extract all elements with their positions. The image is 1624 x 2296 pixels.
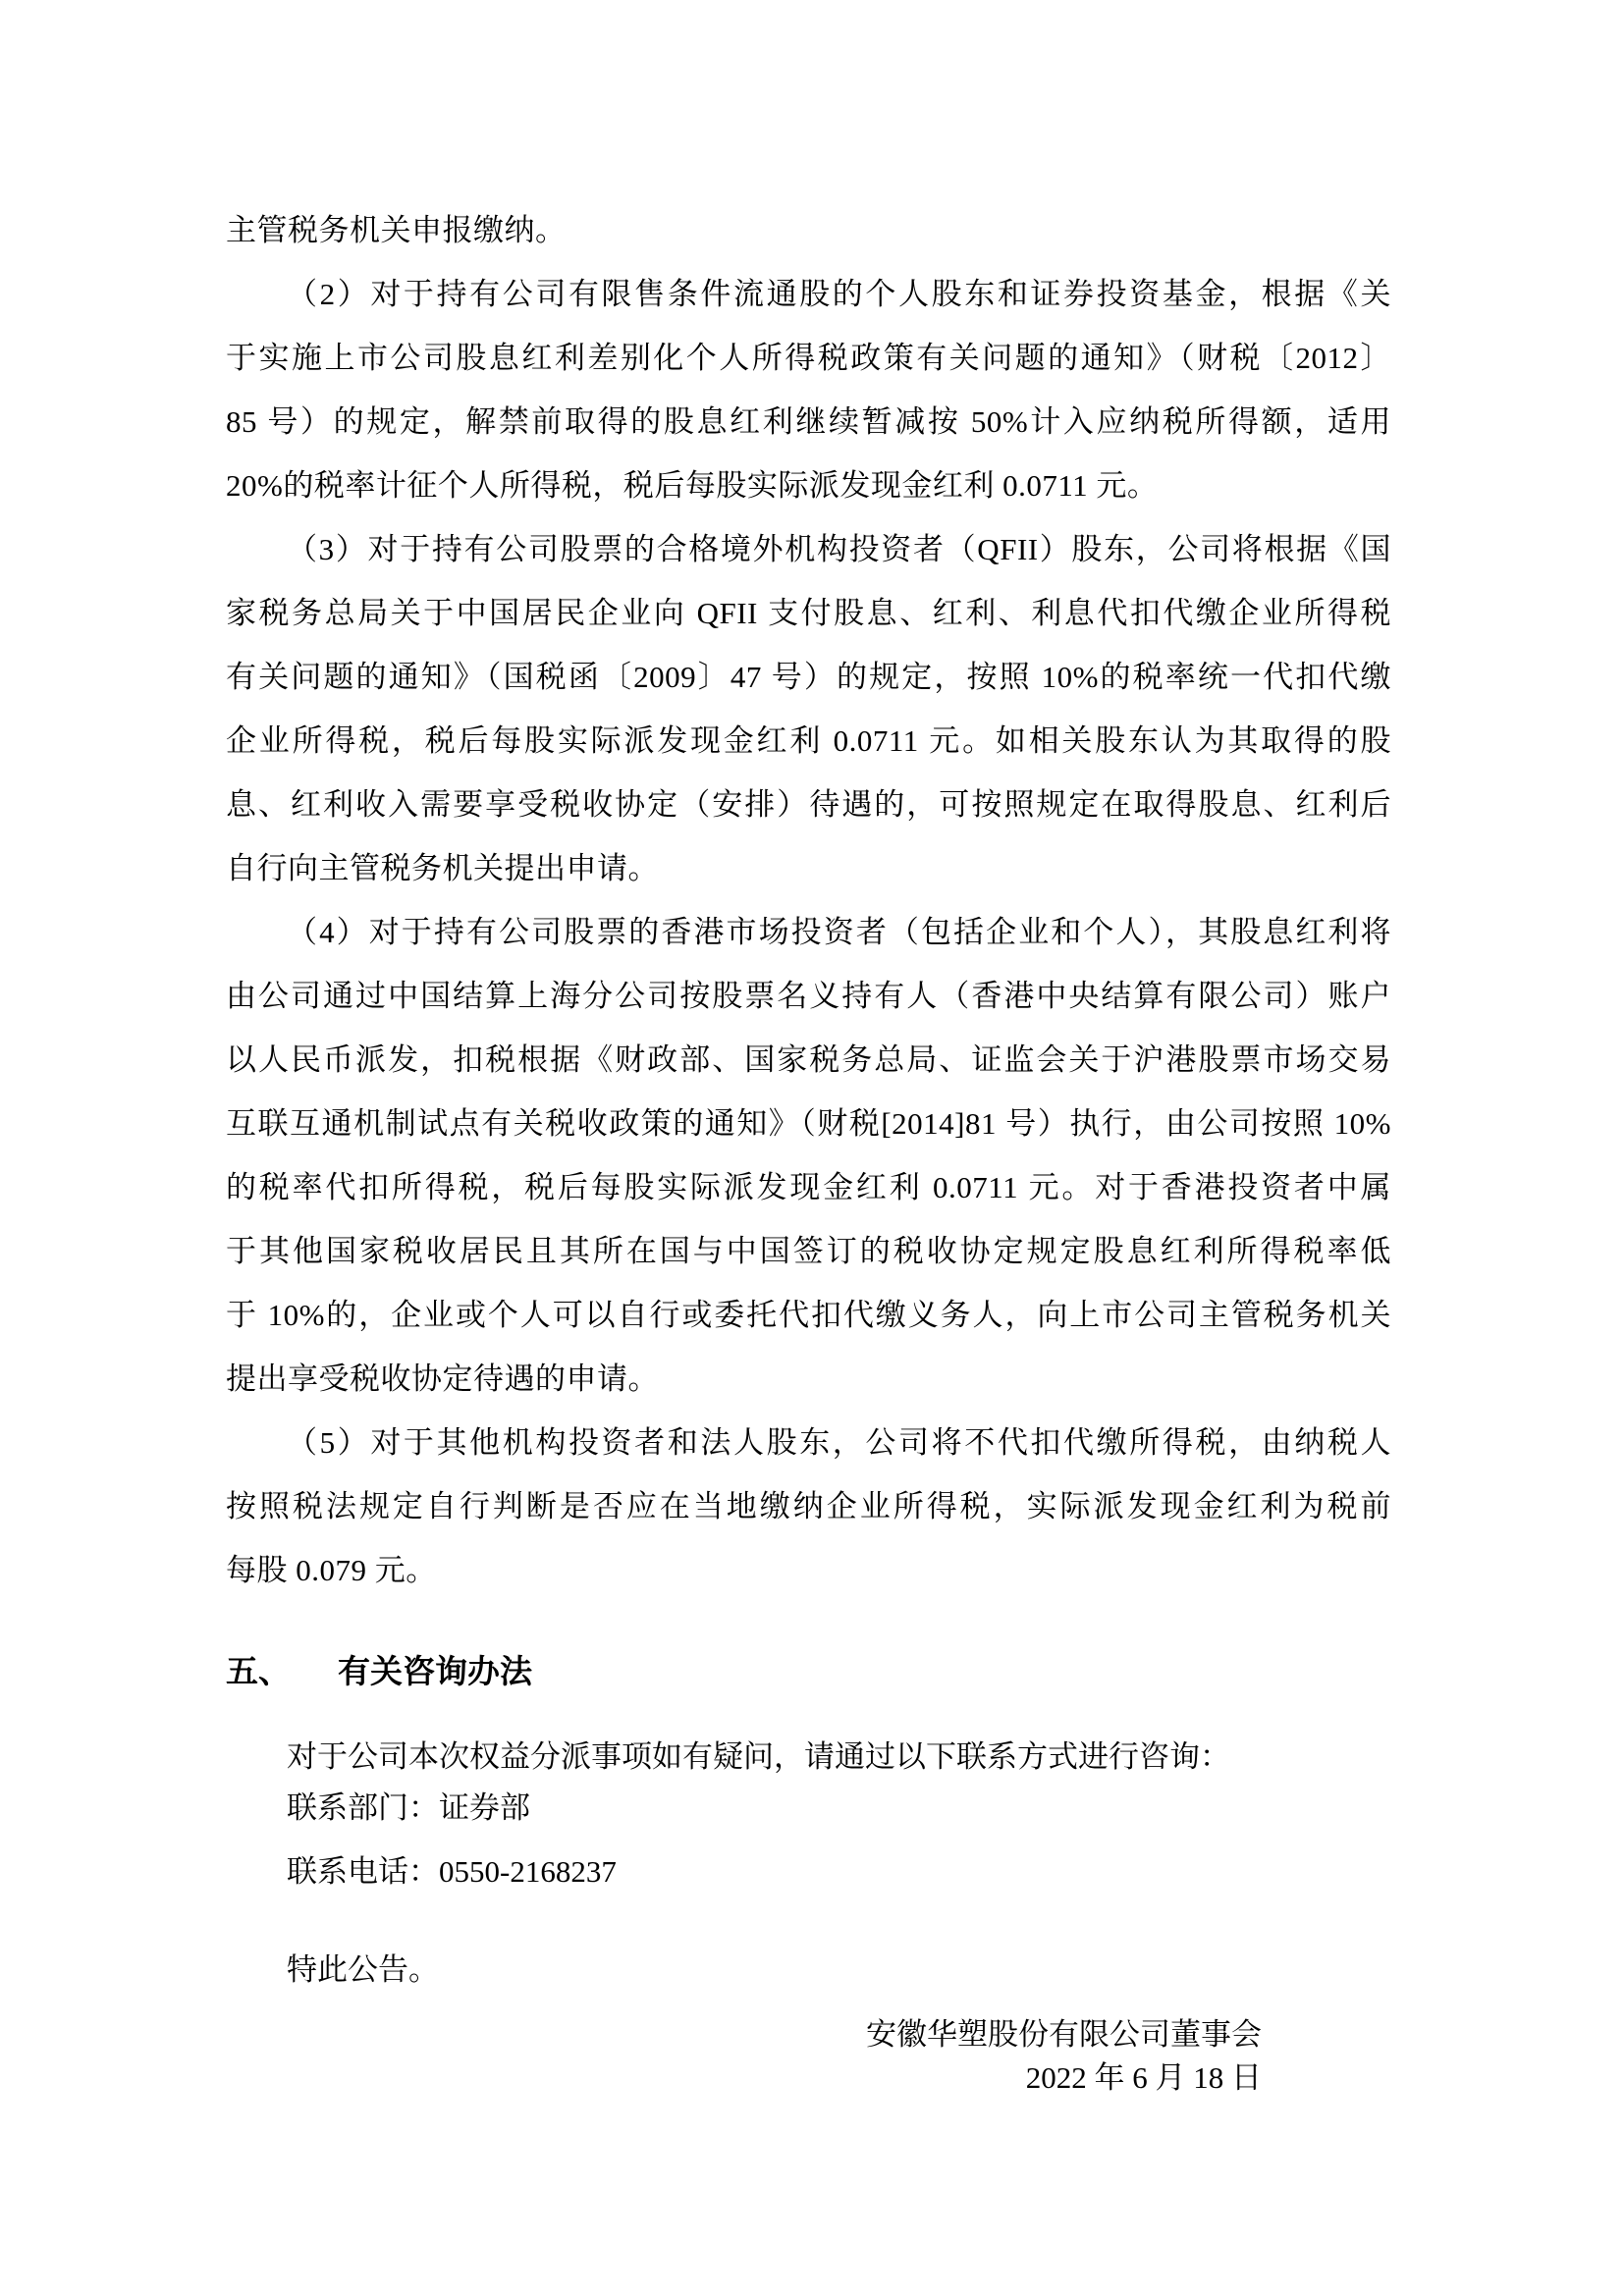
text-line: （2）对于持有公司有限售条件流通股的个人股东和证券投资基金，根据《关 <box>226 262 1391 326</box>
text-line: 互联互通机制试点有关税收政策的通知》（财税[2014]81 号）执行，由公司按照… <box>226 1092 1391 1155</box>
text-line: 主管税务机关申报缴纳。 <box>226 198 1391 262</box>
signature-block: 安徽华塑股份有限公司董事会 2022 年 6 月 18 日 <box>226 2013 1391 2100</box>
text-line: 每股 0.079 元。 <box>226 1538 1391 1602</box>
text-line: 企业所得税，税后每股实际派发现金红利 0.0711 元。如相关股东认为其取得的股 <box>226 709 1391 773</box>
text-line: 按照税法规定自行判断是否应在当地缴纳企业所得税，实际派发现金红利为税前 <box>226 1474 1391 1538</box>
text-line: 家税务总局关于中国居民企业向 QFII 支付股息、红利、利息代扣代缴企业所得税 <box>226 581 1391 645</box>
text-line: （5）对于其他机构投资者和法人股东，公司将不代扣代缴所得税，由纳税人 <box>226 1411 1391 1474</box>
text-line: 85 号）的规定，解禁前取得的股息红利继续暂减按 50%计入应纳税所得额，适用 <box>226 390 1391 454</box>
document-page: 主管税务机关申报缴纳。（2）对于持有公司有限售条件流通股的个人股东和证券投资基金… <box>0 0 1624 2296</box>
text-line: 有关问题的通知》（国税函〔2009〕47 号）的规定，按照 10%的税率统一代扣… <box>226 645 1391 709</box>
section-title: 有关咨询办法 <box>338 1653 532 1689</box>
text-line: 息、红利收入需要享受税收协定（安排）待遇的，可按照规定在取得股息、红利后 <box>226 773 1391 836</box>
text-line: 由公司通过中国结算上海分公司按股票名义持有人（香港中央结算有限公司）账户 <box>226 964 1391 1028</box>
text-line: 提出享受税收协定待遇的申请。 <box>226 1347 1391 1411</box>
section-heading: 五、有关咨询办法 <box>226 1639 1391 1703</box>
text-line: 自行向主管税务机关提出申请。 <box>226 836 1391 900</box>
text-line: 以人民币派发，扣税根据《财政部、国家税务总局、证监会关于沪港股票市场交易 <box>226 1028 1391 1092</box>
text-line: （3）对于持有公司股票的合格境外机构投资者（QFII）股东，公司将根据《国 <box>226 517 1391 581</box>
text-line: 的税率代扣所得税，税后每股实际派发现金红利 0.0711 元。对于香港投资者中属 <box>226 1155 1391 1219</box>
text-line: 于其他国家税收居民且其所在国与中国签订的税收协定规定股息红利所得税率低 <box>226 1219 1391 1283</box>
signature-company: 安徽华塑股份有限公司董事会 <box>226 2013 1262 2056</box>
text-line: 20%的税率计征个人所得税，税后每股实际派发现金红利 0.0711 元。 <box>226 454 1391 517</box>
text-line: 于 10%的，企业或个人可以自行或委托代扣代缴义务人，向上市公司主管税务机关 <box>226 1283 1391 1347</box>
closing-statement: 特此公告。 <box>226 1938 1391 2002</box>
text-line: 于实施上市公司股息红利差别化个人所得税政策有关问题的通知》（财税〔2012〕 <box>226 326 1391 390</box>
signature-date: 2022 年 6 月 18 日 <box>226 2056 1262 2100</box>
text-line: （4）对于持有公司股票的香港市场投资者（包括企业和个人），其股息红利将 <box>226 900 1391 964</box>
contact-phone: 联系电话：0550-2168237 <box>226 1840 1391 1903</box>
section-number: 五、 <box>226 1653 291 1689</box>
document-body: 主管税务机关申报缴纳。（2）对于持有公司有限售条件流通股的个人股东和证券投资基金… <box>226 198 1391 1602</box>
